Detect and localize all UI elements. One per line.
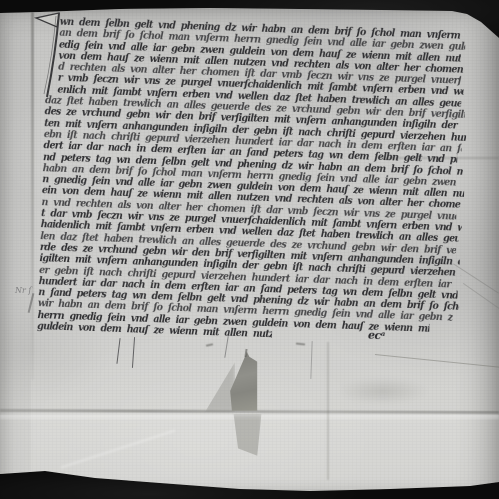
et-cetera-closing-mark: ecᵃ [368, 329, 385, 343]
manuscript-text-block: wn dem ſelbn gelt vnd phening dz wir hab… [37, 16, 472, 347]
curled-left-margin [0, 12, 31, 474]
archival-marginal-note: Nr ſ [15, 286, 31, 295]
ink-smudge [338, 378, 428, 404]
vertical-crease [327, 342, 329, 480]
initial-letter-penwork [33, 7, 67, 99]
parchment-leaf: wn dem ſelbn gelt vnd phening dz wir hab… [0, 0, 499, 499]
scan-frame: wn dem ſelbn gelt vnd phening dz wir hab… [0, 0, 499, 499]
